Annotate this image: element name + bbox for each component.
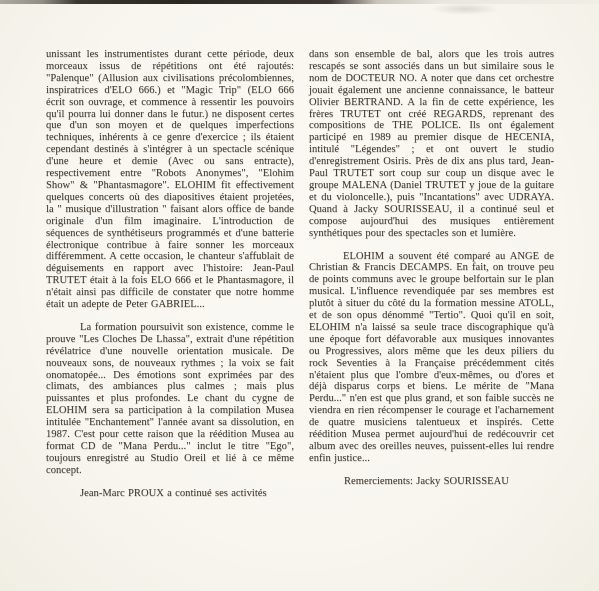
paragraph: Jean-Marc PROUX a continué ses activités [46,488,294,500]
paragraph-continuation: unissant les instrumentistes durant cett… [46,49,294,311]
paragraph: La formation poursuivit son existence, c… [46,322,294,477]
paragraph: ELOHIM a souvent été comparé au ANGE de … [309,251,554,465]
paragraph-continuation: dans son ensemble de bal, alors que les … [309,49,554,240]
scan-edge-artifact [0,0,599,4]
scan-smudge [430,3,500,15]
credits-line: Remerciements: Jacky SOURISSEAU [309,476,554,488]
text-column-right: dans son ensemble de bal, alors que les … [309,49,554,488]
text-column-left: unissant les instrumentistes durant cett… [46,49,294,500]
